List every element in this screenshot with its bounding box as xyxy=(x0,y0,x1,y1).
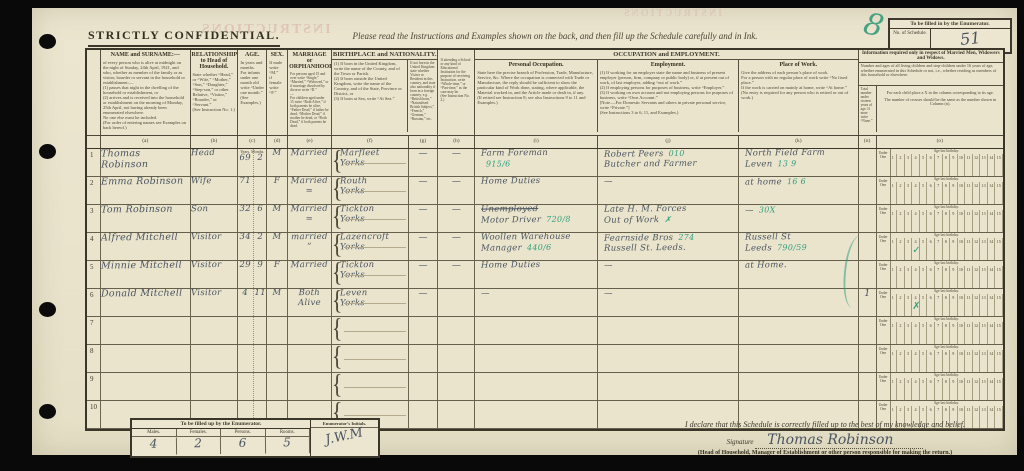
age-column: 2 xyxy=(897,378,905,400)
enumerator-value: 2 xyxy=(176,437,221,454)
age-last-birthday-label: Age last birthday. xyxy=(890,205,1003,209)
children-total-cell xyxy=(859,149,877,176)
name-cell xyxy=(101,373,191,400)
sex-cell: F xyxy=(267,261,288,288)
place-of-work-cell xyxy=(739,317,858,344)
employer-cell: Late H. M. ForcesOut of Work✗ xyxy=(598,205,739,232)
confidential-heading: STRICTLY CONFIDENTIAL. xyxy=(88,28,280,47)
signature-label: Signature xyxy=(727,438,754,446)
marriage-cell: Married xyxy=(288,149,332,176)
age-column: 1 xyxy=(890,350,898,372)
enumerator-value: 5 xyxy=(265,436,310,453)
age-column: 9 xyxy=(950,210,958,232)
age-column: 8 xyxy=(943,210,951,232)
name-cell: Minnie Mitchell xyxy=(101,261,191,288)
age-column: 3 xyxy=(905,154,913,176)
schedule-rows: 1Thomas RobinsonHeadYears. Months.692MMa… xyxy=(87,149,1003,429)
occupation-cell: UnemployedMotor Driver720/8 xyxy=(475,205,597,232)
age-column: 6 xyxy=(927,210,935,232)
under-one-label: Under One xyxy=(877,317,891,344)
enumerator-value: 4 xyxy=(132,437,177,454)
age-years: 32 xyxy=(238,205,253,232)
nationality-cell: — xyxy=(409,261,439,288)
enumerator-header: Males. xyxy=(132,429,177,436)
age-column: 13 xyxy=(980,266,988,288)
enumerator-code-annotation: 30X xyxy=(759,205,776,214)
age-column: 4 xyxy=(912,322,920,344)
age-months: 2 xyxy=(254,149,266,176)
age-years: 4 xyxy=(238,289,253,316)
header-children-total: Total number under sixteen years of age.… xyxy=(859,86,878,132)
occupation-cell xyxy=(475,401,597,428)
age-column: 1 xyxy=(890,154,898,176)
age-column: 1 xyxy=(890,238,898,260)
handwritten-name: Thomas Robinson xyxy=(101,149,190,171)
enumerator-code-annotation: 440/6 xyxy=(527,243,552,252)
age-column: 13 xyxy=(980,294,988,316)
name-cell: Emma Robinson xyxy=(101,177,191,204)
age-column: 2 xyxy=(897,266,905,288)
age-column: 14 xyxy=(988,182,996,204)
age-last-birthday-label: Age last birthday. xyxy=(890,289,1003,293)
age-column: 7 xyxy=(935,182,943,204)
row-number: 7 xyxy=(87,317,101,344)
header-birthplace: (1) If born in the United Kingdom, write… xyxy=(332,60,408,132)
under-one-label: Under One xyxy=(877,345,891,372)
handwritten-marriage: Married xyxy=(288,149,331,159)
name-cell: Alfred Mitchell xyxy=(101,233,191,260)
age-years: 34 xyxy=(238,233,253,260)
age-months xyxy=(254,317,266,344)
age-column: 8 xyxy=(943,266,951,288)
age-last-birthday-label: Age last birthday. xyxy=(890,317,1003,321)
nationality-cell: — xyxy=(409,233,439,260)
occupation-cell: — xyxy=(475,289,597,316)
name-cell: Donald Mitchell xyxy=(101,289,191,316)
age-cell xyxy=(238,317,267,344)
age-column: 15 xyxy=(995,350,1003,372)
age-column: 2 xyxy=(897,182,905,204)
age-months: 6 xyxy=(254,205,266,232)
header-birthplace-group: BIRTHPLACE and NATIONALITY. (1) If born … xyxy=(332,50,439,135)
school-cell xyxy=(438,401,475,428)
age-column: 14 xyxy=(988,350,996,372)
place-of-work-cell xyxy=(739,345,858,372)
age-column: 1 xyxy=(890,266,898,288)
age-column: 10 xyxy=(958,266,966,288)
age-months xyxy=(254,345,266,372)
children-total-cell xyxy=(859,317,877,344)
birthplace-cell: {MarfleetYorks xyxy=(332,149,409,176)
header-sex: SEX. If male write “M.” if female write … xyxy=(267,50,288,135)
school-cell xyxy=(438,289,475,316)
age-column: 12 xyxy=(973,294,981,316)
age-column: 13 xyxy=(980,154,988,176)
age-column: 14 xyxy=(988,154,996,176)
age-column: 11 xyxy=(965,266,973,288)
schedule-row: 7{Under OneAge last birthday.12345678910… xyxy=(87,317,1003,345)
age-column: 7 xyxy=(935,238,943,260)
age-months xyxy=(254,177,266,204)
age-column: 10 xyxy=(958,154,966,176)
schedule-row: 2Emma RobinsonWife71FMarried={RouthYorks… xyxy=(87,177,1003,205)
employer-cell: Fearnside Bros274Russell St. Leeds. xyxy=(598,233,739,260)
age-column: 15 xyxy=(995,210,1003,232)
age-column: 9 xyxy=(950,154,958,176)
age-column: 1 xyxy=(890,322,898,344)
header-school: If attending a School or any kind of Edu… xyxy=(438,50,475,135)
punch-hole xyxy=(39,302,56,317)
age-column: 4✓ xyxy=(912,238,920,260)
school-cell: — xyxy=(438,149,475,176)
employer-cell: — xyxy=(598,289,739,316)
sex-cell: M xyxy=(267,289,288,316)
birthplace-cell: {RouthYorks xyxy=(332,177,409,204)
age-cell xyxy=(238,345,267,372)
occupation-cell xyxy=(475,317,597,344)
age-column: 9 xyxy=(950,322,958,344)
handwritten-relationship: Visitor xyxy=(191,289,238,299)
employer-cell xyxy=(598,317,739,344)
age-column: 7 xyxy=(935,350,943,372)
signature-handwriting: Thomas Robinson xyxy=(755,432,923,449)
age-column: 4✗ xyxy=(912,294,920,316)
age-column: 4 xyxy=(912,182,920,204)
children-age-grid: Under OneAge last birthday.1234567891011… xyxy=(877,149,1003,176)
age-last-birthday-label: Age last birthday. xyxy=(890,345,1003,349)
relationship-cell: Visitor xyxy=(191,289,239,316)
age-column: 6 xyxy=(927,350,935,372)
age-months: 9 xyxy=(254,261,266,288)
children-total-cell xyxy=(859,177,877,204)
age-column: 3 xyxy=(905,294,913,316)
marriage-cell: Married= xyxy=(288,205,332,232)
age-column: 9 xyxy=(950,294,958,316)
age-column: 12 xyxy=(973,378,981,400)
age-column: 10 xyxy=(958,378,966,400)
birthplace-county: Yorks xyxy=(340,186,408,196)
age-column: 7 xyxy=(935,322,943,344)
age-last-birthday-label: Age last birthday. xyxy=(890,233,1003,237)
birthplace-cell: { xyxy=(332,317,409,344)
school-cell: — xyxy=(438,261,475,288)
under-one-label: Under One xyxy=(877,205,891,232)
age-column: 14 xyxy=(988,378,996,400)
age-column: 3 xyxy=(905,238,913,260)
row-number: 9 xyxy=(87,373,101,400)
handwritten-sex: M xyxy=(267,205,287,215)
name-cell xyxy=(101,345,191,372)
row-number: 10 xyxy=(87,401,101,428)
age-column: 14 xyxy=(988,210,996,232)
age-column: 6 xyxy=(927,294,935,316)
handwritten-sex: M xyxy=(267,233,287,243)
handwritten-marriage: Both Alive xyxy=(288,289,331,309)
handwritten-relationship: Wife xyxy=(191,177,238,187)
under-one-label: Under One xyxy=(877,373,891,400)
age-column: 10 xyxy=(958,350,966,372)
census-schedule-scan: INSTRUCTIONS INSTRUCTIONS STRICTLY CONFI… xyxy=(0,0,1024,471)
age-years xyxy=(238,317,253,344)
under-one-label: Under One xyxy=(877,149,891,176)
age-column: 1 xyxy=(890,294,898,316)
marriage-cell: Married= xyxy=(288,177,332,204)
sex-cell: M xyxy=(267,205,288,232)
age-column: 6 xyxy=(927,378,935,400)
age-column: 1 xyxy=(890,182,898,204)
children-age-grid: Under OneAge last birthday.1234✗56789101… xyxy=(877,289,1003,316)
birthplace-county: Yorks xyxy=(340,242,408,252)
age-column: 3 xyxy=(905,266,913,288)
age-column: 6 xyxy=(927,266,935,288)
name-cell: Tom Robinson xyxy=(101,205,191,232)
age-column: 6 xyxy=(927,154,935,176)
handwritten-sex: M xyxy=(267,149,287,159)
age-column: 4 xyxy=(912,378,920,400)
age-column: 5 xyxy=(920,182,928,204)
age-column: 1 xyxy=(890,210,898,232)
age-years xyxy=(238,345,253,372)
header-place-of-work: Place of Work. Give the address of each … xyxy=(739,60,858,132)
age-column: 8 xyxy=(943,322,951,344)
column-letter-strip: (a) (b) (c) (d) (e) (f) (g) (h) (i) (j) … xyxy=(87,136,1003,149)
age-column: 13 xyxy=(980,322,988,344)
place-of-work-cell xyxy=(739,289,858,316)
age-column: 10 xyxy=(958,182,966,204)
printed-brace: { xyxy=(332,317,343,344)
relationship-cell: Visitor xyxy=(191,261,239,288)
birthplace-county: Yorks xyxy=(340,214,408,224)
row-number: 4 xyxy=(87,233,101,260)
age-column: 4 xyxy=(912,266,920,288)
relationship-cell xyxy=(191,345,239,372)
schedule-row: 3Tom RobinsonSon326MMarried={TicktonYork… xyxy=(87,205,1003,233)
employer-cell xyxy=(598,373,739,400)
under-one-label: Under One xyxy=(877,177,891,204)
age-column: 7 xyxy=(935,210,943,232)
header-children-grid-notes: For each child place a X in the column c… xyxy=(877,86,1003,132)
birthplace-cell: {TicktonYorks xyxy=(332,261,409,288)
enumerator-value: 6 xyxy=(221,437,266,454)
sex-cell xyxy=(267,317,288,344)
handwritten-name: Donald Mitchell xyxy=(101,289,190,300)
age-column: 2 xyxy=(897,322,905,344)
header-personal-occupation: Personal Occupation. State here the prec… xyxy=(475,60,598,132)
school-cell xyxy=(438,317,475,344)
handwritten-relationship: Visitor xyxy=(191,233,238,243)
nationality-cell: — xyxy=(409,149,439,176)
age-column: 15 xyxy=(995,322,1003,344)
row-number: 8 xyxy=(87,345,101,372)
enumerator-code-annotation: 915/6 xyxy=(486,159,511,168)
age-column: 12 xyxy=(973,266,981,288)
age-column: 5 xyxy=(920,238,928,260)
age-column: 13 xyxy=(980,350,988,372)
sex-cell xyxy=(267,345,288,372)
occupation-cell: Woollen WarehouseManager440/6 xyxy=(475,233,597,260)
handwritten-name: Minnie Mitchell xyxy=(101,261,190,272)
handwritten-sex: F xyxy=(267,177,287,187)
age-column: 7 xyxy=(935,266,943,288)
schedule-row: 6Donald MitchellVisitor411MBoth Alive{Le… xyxy=(87,289,1003,317)
occupation-cell xyxy=(475,373,597,400)
age-column: 12 xyxy=(973,350,981,372)
marriage-cell xyxy=(288,345,332,372)
paper-sheet: INSTRUCTIONS INSTRUCTIONS STRICTLY CONFI… xyxy=(32,8,1017,455)
age-column: 9 xyxy=(950,182,958,204)
age-column: 14 xyxy=(988,238,996,260)
age-column: 3 xyxy=(905,378,913,400)
children-total-cell xyxy=(859,345,877,372)
marriage-cell xyxy=(288,373,332,400)
place-of-work-cell xyxy=(739,373,858,400)
age-cell: 342 xyxy=(238,233,267,260)
enumerator-header: Females. xyxy=(177,429,222,436)
age-column: 5 xyxy=(920,350,928,372)
age-column: 8 xyxy=(943,378,951,400)
age-column: 11 xyxy=(965,154,973,176)
printed-brace: { xyxy=(332,373,343,400)
table-header: NAME and SURNAME:— of every person who i… xyxy=(87,50,1003,136)
age-column: 13 xyxy=(980,182,988,204)
schedule-table: NAME and SURNAME:— of every person who i… xyxy=(85,48,1005,431)
age-column: 11 xyxy=(965,294,973,316)
age-column: 10 xyxy=(958,238,966,260)
handwritten-sex: M xyxy=(267,289,287,299)
relationship-cell: Son xyxy=(191,205,239,232)
children-age-grid: Under OneAge last birthday.1234567891011… xyxy=(877,373,1003,400)
place-of-work-cell: North Field FarmLeven13 9 xyxy=(739,149,858,176)
age-column: 10 xyxy=(958,210,966,232)
occupation-cell: Home Duties xyxy=(475,177,597,204)
nationality-cell: — xyxy=(409,289,439,316)
place-of-work-cell: at Home. xyxy=(739,261,858,288)
age-column: 9 xyxy=(950,378,958,400)
relationship-cell xyxy=(191,317,239,344)
age-column: 15 xyxy=(995,378,1003,400)
age-column: 9 xyxy=(950,238,958,260)
enumerator-code-annotation: 010 xyxy=(668,149,684,158)
enumerator-box: To be filled up by the Enumerator. Males… xyxy=(130,418,380,458)
handwritten-name: Tom Robinson xyxy=(101,205,190,216)
age-years: 29 xyxy=(238,261,253,288)
birthplace-county: Yorks xyxy=(340,158,408,168)
age-column: 3 xyxy=(905,350,913,372)
name-cell xyxy=(101,317,191,344)
sex-cell: F xyxy=(267,177,288,204)
age-column: 2 xyxy=(897,294,905,316)
age-column: 8 xyxy=(943,238,951,260)
age-column: 12 xyxy=(973,238,981,260)
age-column: 6 xyxy=(927,182,935,204)
nationality-cell: — xyxy=(409,177,439,204)
age-column: 5 xyxy=(920,294,928,316)
nationality-cell xyxy=(409,373,439,400)
nationality-cell xyxy=(409,401,439,428)
age-cell: 299 xyxy=(238,261,267,288)
school-cell: — xyxy=(438,205,475,232)
children-age-grid: Under OneAge last birthday.1234567891011… xyxy=(877,205,1003,232)
age-last-birthday-label: Age last birthday. xyxy=(890,149,1003,153)
ditto-mark: ” xyxy=(288,243,331,253)
punch-hole xyxy=(39,144,56,159)
printed-brace: { xyxy=(332,345,343,372)
age-column: 2 xyxy=(897,154,905,176)
punch-hole xyxy=(39,34,56,49)
enumerator-code-annotation: 720/8 xyxy=(546,214,571,223)
age-column: 9 xyxy=(950,266,958,288)
place-of-work-cell: Russell StLeeds790/59 xyxy=(739,233,858,260)
age-column: 14 xyxy=(988,266,996,288)
age-last-birthday-label: Age last birthday. xyxy=(890,401,1003,405)
enumerator-code-annotation: 16 6 xyxy=(787,177,806,186)
child-age-mark: ✗ xyxy=(912,301,919,312)
place-of-work-cell: —30X xyxy=(739,205,858,232)
school-cell xyxy=(438,373,475,400)
relationship-cell: Visitor xyxy=(191,233,239,260)
age-column: 4 xyxy=(912,350,920,372)
child-age-mark: ✓ xyxy=(912,245,919,256)
employer-cell: — xyxy=(598,177,739,204)
birthplace-county: Yorks xyxy=(340,270,408,280)
age-column: 4 xyxy=(912,154,920,176)
age-column: 7 xyxy=(935,378,943,400)
age-column: 5 xyxy=(920,322,928,344)
relationship-cell: Wife xyxy=(191,177,239,204)
employer-cell: — xyxy=(598,261,739,288)
birthplace-cell: {LazencroftYorks xyxy=(332,233,409,260)
children-total-cell xyxy=(859,205,877,232)
header-occupation-group: OCCUPATION and EMPLOYMENT. Personal Occu… xyxy=(475,50,858,135)
birthplace-cell: { xyxy=(332,345,409,372)
handwritten-relationship: Visitor xyxy=(191,261,238,271)
row-number: 3 xyxy=(87,205,101,232)
age-column: 2 xyxy=(897,350,905,372)
under-one-label: Under One xyxy=(877,289,891,316)
birthplace-cell: { xyxy=(332,373,409,400)
birthplace-cell: {TicktonYorks xyxy=(332,205,409,232)
marriage-cell: Married xyxy=(288,261,332,288)
age-last-birthday-label: Age last birthday. xyxy=(890,261,1003,265)
handwritten-relationship: Son xyxy=(191,205,238,215)
children-age-grid: Under OneAge last birthday.1234567891011… xyxy=(877,177,1003,204)
header-employment: Employment. (1) If working for an employ… xyxy=(598,60,739,132)
handwritten-relationship: Head xyxy=(191,149,238,159)
enumerator-code-annotation: ✗ xyxy=(664,215,671,224)
age-years: 71 xyxy=(238,177,253,204)
age-column: 15 xyxy=(995,238,1003,260)
under-one-label: Under One xyxy=(877,233,891,260)
school-cell: — xyxy=(438,177,475,204)
marriage-cell: married” xyxy=(288,233,332,260)
children-age-grid: Under OneAge last birthday.1234567891011… xyxy=(877,345,1003,372)
nationality-cell: — xyxy=(409,205,439,232)
age-column: 13 xyxy=(980,210,988,232)
school-cell xyxy=(438,345,475,372)
age-column: 11 xyxy=(965,238,973,260)
ditto-mark: = xyxy=(288,215,331,225)
handwritten-sex: F xyxy=(267,261,287,271)
sex-cell xyxy=(267,373,288,400)
row-number: 2 xyxy=(87,177,101,204)
age-column: 10 xyxy=(958,322,966,344)
punch-hole xyxy=(39,404,56,419)
age-column: 6 xyxy=(927,322,935,344)
age-column: 11 xyxy=(965,350,973,372)
row-number: 1 xyxy=(87,149,101,176)
age-column: 8 xyxy=(943,350,951,372)
age-column: 12 xyxy=(973,210,981,232)
